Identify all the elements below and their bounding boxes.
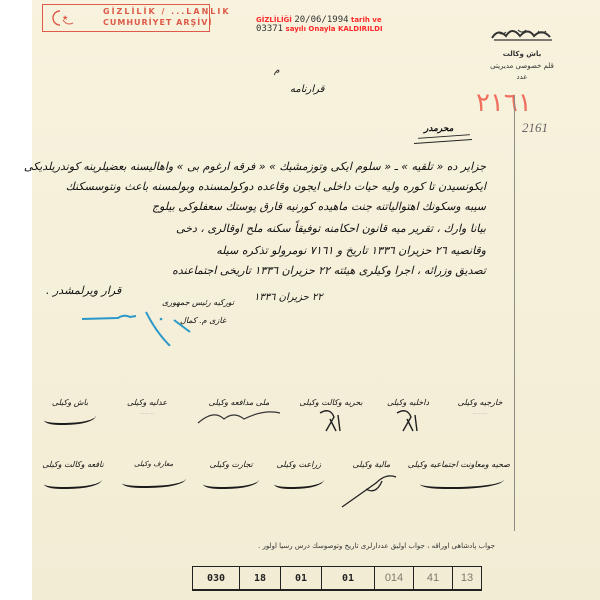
archive-code-box: 030 18 01 01 014 41 13 bbox=[192, 566, 482, 591]
date-line: ٢٢ حزيران ١٣٣٦ bbox=[254, 292, 323, 303]
signature-block: خارجيه وكيلى ⋯⋯⋯ bbox=[450, 398, 510, 458]
signature-block: معارف وكيلى bbox=[114, 460, 194, 530]
signature-title: باش وكيلى bbox=[40, 398, 100, 407]
signature-scrawl bbox=[420, 473, 504, 489]
footer-note: جواب پادشاهى اوراقه ، جواب اوليق عددارلر… bbox=[258, 542, 495, 550]
signature-block: داخليه وكيلى bbox=[378, 398, 438, 458]
signature-faint-note: ⋯⋯⋯ bbox=[450, 411, 510, 417]
code-cell-2: 01 bbox=[281, 567, 322, 589]
body-line-6: تصديق وزرائه ، اجرا وكيلرى هيئته ٢٢ حزير… bbox=[46, 264, 486, 277]
declass-suffix-1: tarih ve bbox=[351, 16, 382, 24]
header-small: م bbox=[274, 66, 280, 76]
signature-block: تجارت وكيلى bbox=[201, 460, 261, 530]
letterhead-line-3: عدد bbox=[502, 73, 542, 81]
code-cell-5: 41 bbox=[414, 567, 453, 589]
code-cell-fond: 030 bbox=[193, 567, 240, 589]
letterhead-line-2: قلم خصوصى مديريتى bbox=[482, 62, 562, 70]
code-cell-6: 13 bbox=[453, 567, 481, 589]
signature-mark-icon bbox=[393, 407, 423, 433]
signature-scrawl-icon bbox=[194, 407, 284, 427]
signature-title: صحيه ومعاونت اجتماعيه وكيلى bbox=[414, 460, 510, 469]
signature-block: زراعت وكيلى bbox=[269, 460, 329, 530]
signature-scrawl bbox=[44, 473, 102, 489]
stamp-line-2: CUMHURİYET ARŞİVİ bbox=[103, 18, 212, 27]
signature-block: ملى مدافعه وكيلى bbox=[194, 398, 284, 458]
signature-title: نافعه وكالت وكيلى bbox=[40, 460, 106, 469]
archive-stamp: ★ GİZLİLİK / ...LANLIK CUMHURİYET ARŞİVİ bbox=[42, 4, 210, 32]
signature-block: باش وكيلى bbox=[40, 398, 100, 458]
signature-scrawl bbox=[203, 473, 259, 489]
document-page: ★ GİZLİLİK / ...LANLIK CUMHURİYET ARŞİVİ… bbox=[32, 0, 600, 600]
margin-line bbox=[514, 95, 515, 531]
body-line-1: جزاير ده « تلقيه » ـ « سلوم ايكى وتوزمشي… bbox=[46, 160, 486, 173]
signature-scrawl bbox=[44, 409, 96, 425]
signature-row-1: خارجيه وكيلى ⋯⋯⋯ داخليه وكيلى بحريه وكال… bbox=[40, 398, 510, 458]
subject-underline bbox=[418, 134, 470, 139]
tughra-emblem-icon bbox=[488, 24, 558, 44]
signature-title: مالية وكيلى bbox=[336, 460, 406, 469]
body-line-5: وقانصيه ٢٦ حزيران ١٣٣٦ تاريخ و ٧١٦١ نومر… bbox=[46, 244, 486, 257]
code-cell-1: 18 bbox=[240, 567, 281, 589]
signature-title: زراعت وكيلى bbox=[269, 460, 329, 469]
signature-block: صحيه ومعاونت اجتماعيه وكيلى bbox=[414, 460, 510, 530]
body-line-3: سيبه وسكونك اهتوالياتنه جنت ماهيده كورني… bbox=[46, 200, 486, 213]
signature-title: خارجيه وكيلى bbox=[450, 398, 510, 407]
signature-row-2: صحيه ومعاونت اجتماعيه وكيلى مالية وكيلى … bbox=[40, 460, 510, 530]
signature-title: تجارت وكيلى bbox=[201, 460, 261, 469]
body-line-7: قرار ويرلمشدر . bbox=[46, 284, 121, 297]
signature-mark-icon bbox=[316, 407, 346, 433]
signature-faint-note: ⋯⋯⋯ bbox=[112, 411, 182, 417]
red-file-number: ٢١٦١ bbox=[476, 88, 532, 118]
declassification-stamp: GİZLİLİĞİ 20/06/1994 tarih ve 03371 sayı… bbox=[256, 16, 383, 34]
signature-block: بحريه وكالت وكيلى bbox=[296, 398, 366, 458]
body-line-2: ايكونسيدن تا كوره وليه حيات داخلى ايجون … bbox=[46, 180, 486, 193]
signature-scrawl-icon bbox=[336, 469, 406, 509]
code-cell-4: 014 bbox=[375, 567, 414, 589]
declass-date: 20/06/1994 bbox=[294, 15, 348, 25]
signature-scrawl bbox=[122, 472, 186, 488]
signature-scrawl bbox=[274, 473, 324, 489]
letterhead-line-1: باش وكالت bbox=[492, 50, 552, 58]
crescent-star-icon: ★ bbox=[49, 8, 75, 28]
subject-heading: محرمدر bbox=[424, 124, 454, 134]
svg-text:★: ★ bbox=[62, 14, 68, 22]
signature-title: ملى مدافعه وكيلى bbox=[194, 398, 284, 407]
signature-block: نافعه وكالت وكيلى bbox=[40, 460, 106, 530]
signature-title: عدليه وكيلى bbox=[112, 398, 182, 407]
pencil-file-number: 2161 bbox=[522, 120, 548, 136]
president-label: تورکيه رئيس جمهورى bbox=[162, 298, 234, 307]
signature-title: داخليه وكيلى bbox=[378, 398, 438, 407]
blue-pencil-mark-icon bbox=[82, 310, 192, 346]
declass-label: GİZLİLİĞİ bbox=[256, 16, 292, 24]
signature-title: معارف وكيلى bbox=[114, 460, 194, 468]
stamp-line-1: GİZLİLİK / ...LANLIK bbox=[103, 7, 231, 16]
document-type: قرارنامه bbox=[290, 84, 324, 95]
signature-block: مالية وكيلى bbox=[336, 460, 406, 530]
signature-block: عدليه وكيلى ⋯⋯⋯ bbox=[112, 398, 182, 458]
declass-suffix-2: sayılı Onayla KALDIRILDI bbox=[286, 25, 383, 33]
code-cell-3: 01 bbox=[322, 567, 375, 589]
signature-title: بحريه وكالت وكيلى bbox=[296, 398, 366, 407]
declass-number: 03371 bbox=[256, 24, 283, 34]
body-line-4: بيانا وارك ، تقرير ميه قانون احكامنه توف… bbox=[46, 222, 486, 235]
subject-underline-2 bbox=[414, 139, 472, 144]
